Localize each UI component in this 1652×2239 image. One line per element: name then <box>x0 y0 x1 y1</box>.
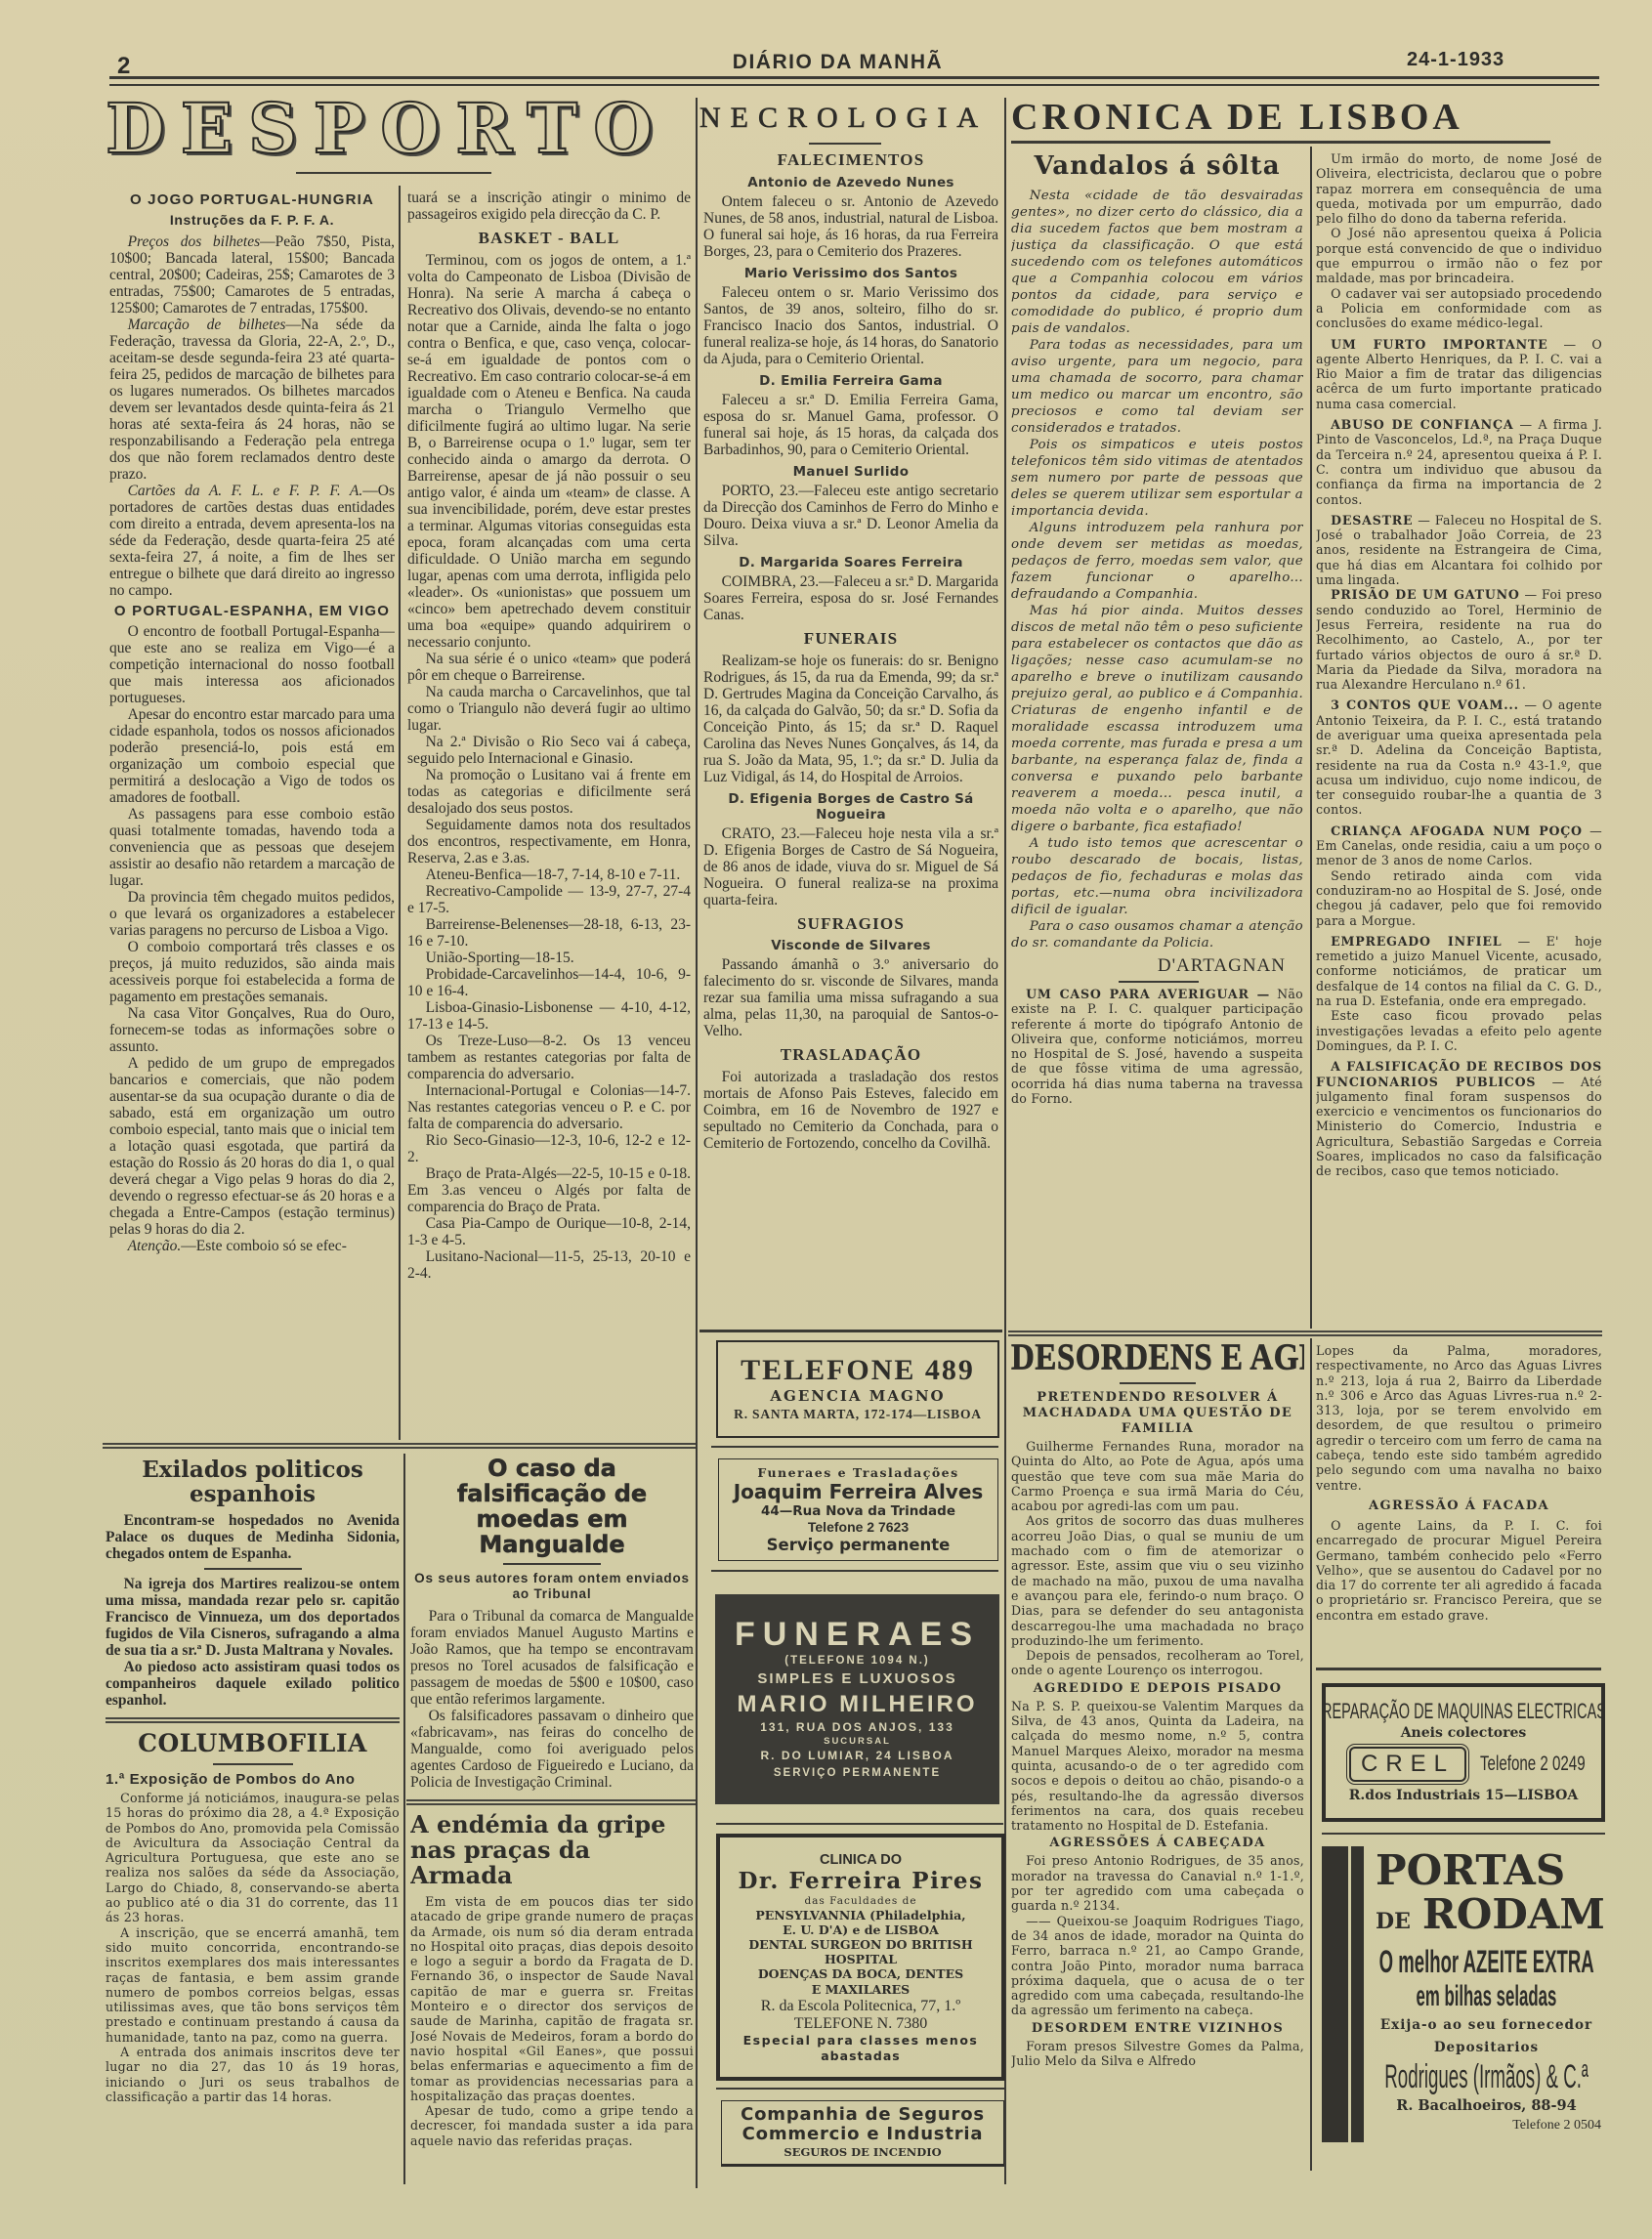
ad-line: 44—Rua Nova da Trindade <box>719 1503 997 1519</box>
article-body: Conforme já noticiámos, inaugura-se pela… <box>106 1791 400 2104</box>
news-brief: 3 CONTOS QUE VOAM... — O agente Antonio … <box>1316 697 1602 817</box>
obituary-text: CRATO, 23.—Faleceu hoje nesta vila a sr.… <box>703 825 998 908</box>
column-divider <box>696 98 698 2188</box>
ad-line: Especial para classes menos <box>720 2033 1001 2049</box>
obituary-name: Mario Verissimo dos Santos <box>703 266 998 281</box>
ad-line: Funeraes e Trasladações <box>719 1465 997 1481</box>
news-brief: UM FURTO IMPORTANTE — O agente Alberto H… <box>1316 337 1602 411</box>
paragraph: Na igreja dos Martires realizou-se ontem… <box>106 1576 400 1659</box>
paragraph: A inscrição, que se encerrá amanhã, tem … <box>106 1925 400 2045</box>
brief-text: Não existe na P. I. C. qualquer particip… <box>1011 987 1303 1106</box>
mangualde-article: O caso da falsificação de moedas em Mang… <box>410 1456 694 1797</box>
ad-divider <box>711 1570 998 1572</box>
article-body: Guilherme Fernandes Runa, morador na Qui… <box>1011 1439 1304 1678</box>
section-title-cronica: CRONICA DE LISBOA <box>1011 99 1463 136</box>
section-subheading: FUNERAIS <box>703 629 998 648</box>
paragraph: Depois de pensados, recolheram ao Torel,… <box>1011 1648 1304 1678</box>
paragraph: Preços dos bilhetes—Peão 7$50, Pista, 10… <box>109 233 395 317</box>
ad-line: (TELEFONE 1094 N.) <box>715 1653 999 1669</box>
brief-lead: DESASTRE <box>1331 513 1413 528</box>
ad-crel-maquinas-electricas: REPARAÇÃO DE MAQUINAS ELECTRICAS Aneis c… <box>1322 1683 1605 1822</box>
paragraph: Pois os simpaticos e uteis postos telefo… <box>1011 437 1303 520</box>
paragraph-text: Da provincia têm chegado muitos pedidos,… <box>109 889 395 939</box>
newspaper-title: DIÁRIO DA MANHÃ <box>713 51 962 74</box>
paragraph: A pedido de um grupo de empregados banca… <box>109 1055 395 1238</box>
section-subheading: TRASLADAÇÃO <box>703 1045 998 1064</box>
section-subheading: SUFRAGIOS <box>703 914 998 933</box>
ad-line: O melhor AZEITE EXTRA <box>1368 1943 1605 1980</box>
ad-line: PORTAS <box>1368 1848 1605 1893</box>
paragraph: Na P. S. P. queixou-se Valentim Marques … <box>1011 1699 1304 1834</box>
necrologia-bottom-rule <box>699 1330 1002 1332</box>
obituary-name: Visconde de Silvares <box>703 938 998 953</box>
brief-lead: EMPREGADO INFIEL <box>1331 934 1502 949</box>
ad-line: Rodrigues (Irmãos) & C.ª <box>1368 2058 1605 2095</box>
paragraph-continuation: Lopes da Palma, moradores, respectivamen… <box>1316 1343 1602 1493</box>
paragraph: Na promoção o Lusitano vai á frente em t… <box>407 767 691 817</box>
ad-line: em bilhas seladas <box>1368 1980 1605 2013</box>
article-headline: AGRESSÕES Á CABEÇADA <box>1011 1836 1304 1851</box>
paragraph: Ao piedoso acto assistiram quasi todos o… <box>106 1659 400 1709</box>
ad-line: DOENÇAS DA BOCA, DENTES <box>720 1967 1001 1981</box>
paragraph: Encontram-se hospedados no Avenida Palac… <box>106 1512 400 1562</box>
paragraph: A entrada dos animais inscritos deve ter… <box>106 2045 400 2104</box>
section-title-necrologia: NECROLOGIA <box>699 104 988 133</box>
obituary-text: Faleceu a sr.ª D. Emilia Ferreira Gama, … <box>703 392 998 458</box>
paragraph: Para todas as necessidades, para um avis… <box>1011 337 1303 437</box>
ad-line: R. da Escola Politecnica, 77, 1.º <box>720 1998 1001 2014</box>
paragraph-continuation: tuará se a inscrição atingir o minimo de… <box>407 190 691 223</box>
short-rule <box>503 1563 601 1565</box>
obituary-text: PORTO, 23.—Faleceu este antigo secretari… <box>703 483 998 549</box>
wavy-divider <box>1008 1331 1602 1336</box>
desordens-column: DESORDENS E AGRESSÕES PRETENDENDO RESOLV… <box>1011 1340 1304 2171</box>
wavy-divider <box>406 1799 696 1805</box>
brief-lead: UM CASO PARA AVERIGUAR — <box>1026 987 1270 1001</box>
ad-line: SIMPLES E LUXUOSOS <box>715 1669 999 1690</box>
article-headline: O caso da falsificação de moedas em Mang… <box>410 1456 694 1557</box>
transfer-text: Foi autorizada a trasladação dos restos … <box>703 1069 998 1152</box>
paragraph: Para o caso ousamos chamar a atenção do … <box>1011 918 1303 951</box>
column-divider <box>1310 1338 1312 2171</box>
result-line: Internacional-Portugal e Colonias—14-7. … <box>407 1082 691 1132</box>
news-brief: Sendo retirado ainda com vida conduziram… <box>1316 868 1602 928</box>
article-subhead: Os seus autores foram ontem enviados ao … <box>410 1571 694 1602</box>
obituary-text: COIMBRA, 23.—Faleceu a sr.ª D. Margarida… <box>703 573 998 623</box>
result-line: Lusitano-Nacional—11-5, 25-13, 20-10 e 2… <box>407 1248 691 1282</box>
desporto-column-1: O JOGO PORTUGAL-HUNGRIA Instruções da F.… <box>109 190 395 1434</box>
paragraph: Alguns introduzem pela ranhura por onde … <box>1011 520 1303 603</box>
article-body: Encontram-se hospedados no Avenida Palac… <box>106 1512 400 1709</box>
paragraph-text: Apesar do encontro estar marcado para um… <box>109 706 395 806</box>
ad-text: DE <box>1376 1900 1411 1943</box>
article-headline: BASKET - BALL <box>407 229 691 247</box>
news-brief: Um irmão do morto, de nome José de Olive… <box>1316 151 1602 226</box>
ad-line: HOSPITAL <box>720 1952 1001 1967</box>
paragraph-text: O comboio comportará três classes e os p… <box>109 939 395 1005</box>
brief-lead: 3 CONTOS QUE VOAM... <box>1331 697 1519 712</box>
ad-line: SERVIÇO PERMANENTE <box>715 1763 999 1783</box>
paragraph: Na cauda marcha o Carcavelinhos, que tal… <box>407 684 691 734</box>
article-body: Foram presos Silvestre Gomes da Palma, J… <box>1011 2039 1304 2069</box>
ad-line: Commercio e Industria <box>722 2125 1003 2144</box>
ad-text: O melhor AZEITE EXTRA <box>1379 1943 1594 1980</box>
paragraph-text: —Os portadores de cartões destas duas en… <box>109 483 395 599</box>
ad-line: DE RODAM <box>1368 1893 1605 1943</box>
paragraph-text: —Na séde da Federação, travessa da Glori… <box>109 317 395 483</box>
news-brief: EMPREGADO INFIEL — E' hoje remetido a ju… <box>1316 934 1602 1008</box>
funerals-text: Realizam-se hoje os funerais: do sr. Ben… <box>703 653 998 785</box>
paragraph: Aos gritos de socorro das duas mulheres … <box>1011 1513 1304 1648</box>
article-headline: O PORTUGAL-ESPANHA, EM VIGO <box>109 603 395 619</box>
ad-line: Companhia de Seguros <box>722 2105 1003 2125</box>
ad-line: Telefone 2 7623 <box>719 1519 997 1535</box>
ad-line: DENTAL SURGEON DO BRITISH <box>720 1938 1001 1952</box>
ad-divider <box>716 1823 1003 1825</box>
ad-line: PENSYLVANNIA (Philadelphia, <box>720 1909 1001 1922</box>
news-brief: Este caso ficou provado pelas investigaç… <box>1316 1008 1602 1053</box>
ad-funeraes-mario-milheiro: FUNERAES (TELEFONE 1094 N.) SIMPLES E LU… <box>715 1594 999 1804</box>
ad-line: R. Bacalhoeiros, 88-94 <box>1368 2095 1605 2117</box>
column-divider <box>403 1454 405 2184</box>
ad-line: SEGUROS DE INCENDIO <box>722 2144 1003 2160</box>
result-line: Lisboa-Ginasio-Lisbonense — 4-10, 4-12, … <box>407 999 691 1033</box>
paragraph: Os falsificadores passavam o dinheiro qu… <box>410 1708 694 1791</box>
article-subhead: Instruções da F. P. F. A. <box>109 212 395 228</box>
newspaper-page: 2 DIÁRIO DA MANHÃ 24-1-1933 DESPORTO NEC… <box>0 0 1652 2239</box>
paragraph: Foi preso Antonio Rodrigues, de 35 anos,… <box>1011 1853 1304 1913</box>
paragraph: Em vista de em poucos dias ter sido atac… <box>410 1894 694 2103</box>
article-headline: AGREDIDO E DEPOIS PISADO <box>1011 1681 1304 1697</box>
brief-text: O cadaver vai ser autopsiado procedendo … <box>1316 286 1602 331</box>
ad-decorative-bar <box>1322 1846 1348 2142</box>
article-body: Nesta «cidade de tão desvairadas gentes»… <box>1011 188 1303 951</box>
ad-portas-de-rodam: PORTAS DE RODAM O melhor AZEITE EXTRA em… <box>1368 1848 1605 2141</box>
paragraph: Cartões da A. F. L. e F. P. F. A.—Os por… <box>109 483 395 599</box>
short-rule <box>204 1568 302 1570</box>
short-rule <box>213 1763 293 1765</box>
column-divider <box>1310 147 1312 1329</box>
result-line: Recreativo-Campolide — 13-9, 27-7, 27-4 … <box>407 883 691 916</box>
ad-line: R.dos Industriais 15—LISBOA <box>1330 1786 1597 1805</box>
brief-text: — Até julgamento final foram suspensos d… <box>1316 1075 1602 1179</box>
obituary-name: D. Margarida Soares Ferreira <box>703 555 998 570</box>
ad-line: FUNERAES <box>715 1616 999 1653</box>
ad-line: Aneis colectores <box>1330 1723 1597 1743</box>
cronica-title-rule <box>1011 141 1550 144</box>
paragraph-text: O encontro de football Portugal-Espanha—… <box>109 623 395 706</box>
article-headline: AGRESSÃO Á FACADA <box>1316 1499 1602 1514</box>
article-headline: Exilados politicos espanhois <box>106 1457 400 1506</box>
column-divider <box>399 186 401 1440</box>
paragraph: Da provincia têm chegado muitos pedidos,… <box>109 889 395 939</box>
gripe-article: A endémia da gripe nas praças da Armada … <box>410 1810 694 2186</box>
ad-line: MARIO MILHEIRO <box>715 1690 999 1719</box>
paragraph: As passagens para esse comboio estão qua… <box>109 806 395 889</box>
ad-line: SUCURSAL <box>715 1735 999 1748</box>
paragraph: A tudo isto temos que acrescentar o roub… <box>1011 835 1303 918</box>
brief-lead: UM FURTO IMPORTANTE <box>1331 337 1547 352</box>
ad-divider <box>1322 1833 1605 1835</box>
paragraph-text: As passagens para esse comboio estão qua… <box>109 806 395 889</box>
ad-line: R. DO LUMIAR, 24 LISBOA <box>715 1748 999 1763</box>
paragraph-text: A pedido de um grupo de empregados banca… <box>109 1055 395 1238</box>
cronica-column-1: Vandalos á sôlta Nesta «cidade de tão de… <box>1011 150 1303 1329</box>
ad-line: R. SANTA MARTA, 172-174—LISBOA <box>718 1406 997 1423</box>
ad-line: AGENCIA MAGNO <box>718 1386 997 1406</box>
brief-lead: PRISÃO DE UM GATUNO <box>1331 587 1520 602</box>
paragraph: Para o Tribunal da comarca de Mangualde … <box>410 1608 694 1708</box>
paragraph-lead: Cartões da A. F. L. e F. P. F. A. <box>128 483 363 499</box>
ad-logo-row: CREL Telefone 2 0249 <box>1330 1747 1597 1782</box>
news-brief: A FALSIFICAÇÃO DE RECIBOS DOS FUNCIONARI… <box>1316 1059 1602 1178</box>
result-line: Barreirense-Belenenses—28-18, 6-13, 23-1… <box>407 916 691 950</box>
news-brief: O cadaver vai ser autopsiado procedendo … <box>1316 286 1602 331</box>
paragraph: Conforme já noticiámos, inaugura-se pela… <box>106 1791 400 1925</box>
article-headline: A endémia da gripe nas praças da Armada <box>410 1812 694 1888</box>
news-brief: PRISÃO DE UM GATUNO — Foi preso sendo co… <box>1316 587 1602 692</box>
paragraph-lead: Preços dos bilhetes <box>128 233 261 250</box>
obituary-name: Manuel Surlido <box>703 464 998 480</box>
brief-text: O José não apresentou queixa á Policia p… <box>1316 226 1602 285</box>
ad-line: E MAXILARES <box>720 1981 1001 1998</box>
paragraph: Na casa Vitor Gonçalves, Rua do Ouro, fo… <box>109 1005 395 1055</box>
article-headline: DESORDEM ENTRE VIZINHOS <box>1011 2021 1304 2037</box>
ad-line: Exija-o ao seu fornecedor <box>1368 2013 1605 2037</box>
ad-joaquim-ferreira-alves: Funeraes e Trasladações Joaquim Ferreira… <box>718 1458 998 1561</box>
ad-line: abastadas <box>720 2049 1001 2064</box>
result-line: Os Treze-Luso—8-2. Os 13 venceu tambem a… <box>407 1033 691 1082</box>
paragraph: Seguidamente damos nota dos resultados d… <box>407 817 691 866</box>
ad-line: TELEFONE 489 <box>718 1355 997 1386</box>
paragraph: UM CASO PARA AVERIGUAR — Não existe na P… <box>1011 987 1303 1106</box>
crel-logo: CREL <box>1349 1747 1466 1782</box>
issue-date: 24-1-1933 <box>1407 49 1504 71</box>
short-rule <box>1120 1382 1196 1384</box>
ad-text: REPARAÇÃO DE MAQUINAS ELECTRICAS <box>1322 1700 1605 1723</box>
brief-text: Um irmão do morto, de nome José de Olive… <box>1316 151 1602 226</box>
obituary-text: Ontem faleceu o sr. Antonio de Azevedo N… <box>703 193 998 260</box>
news-brief: O José não apresentou queixa á Policia p… <box>1316 226 1602 285</box>
brief-text: — Foi preso sendo conduzido ao Torel, He… <box>1316 587 1602 692</box>
section-title-desporto: DESPORTO <box>106 95 668 163</box>
paragraph: Nesta «cidade de tão desvairadas gentes»… <box>1011 188 1303 337</box>
suffrage-text: Passando ámanhã o 3.º aniversario do fal… <box>703 956 998 1039</box>
article-body: Na P. S. P. queixou-se Valentim Marques … <box>1011 1699 1304 1834</box>
article-body: Foi preso Antonio Rodrigues, de 35 anos,… <box>1011 1853 1304 2017</box>
brief-lead: CRIANÇA AFOGADA NUM POÇO <box>1331 824 1583 838</box>
ad-line: das Faculdades de <box>720 1894 1001 1909</box>
article-subhead: 1.ª Exposição de Pombos do Ano <box>106 1771 400 1788</box>
obituary-name: D. Emilia Ferreira Gama <box>703 373 998 389</box>
brief-lead: ABUSO DE CONFIANÇA <box>1331 417 1513 432</box>
desporto-column-2: tuará se a inscrição atingir o minimo de… <box>407 190 691 1434</box>
result-line: Probidade-Carcavelinhos—14-4, 10-6, 9-10… <box>407 966 691 999</box>
ad-line: Dr. Ferreira Pires <box>720 1869 1001 1894</box>
obituary-name: Antonio de Azevedo Nunes <box>703 175 998 190</box>
paragraph: Atenção.—Este comboio só se efec- <box>109 1238 395 1254</box>
cronica-column-2: Um irmão do morto, de nome José de Olive… <box>1316 151 1602 1329</box>
wavy-divider <box>106 1717 400 1723</box>
result-line: União-Sporting—18-15. <box>407 950 691 966</box>
article-body: Para o Tribunal da comarca de Mangualde … <box>410 1608 694 1791</box>
paragraph: Na sua série é o unico «team» que poderá… <box>407 651 691 684</box>
desporto-title-rule <box>296 172 491 174</box>
paragraph: Mas há pior ainda. Muitos desses discos … <box>1011 603 1303 835</box>
paragraph-lead: Atenção. <box>128 1238 182 1254</box>
ad-divider <box>716 2088 1005 2090</box>
section-rule <box>1316 1668 1601 1670</box>
ad-text: RODAM <box>1422 1893 1605 1936</box>
section-headline: DESORDENS E AGRESSÕES <box>1011 1340 1304 1378</box>
desordens-continuation: Lopes da Palma, moradores, respectivamen… <box>1316 1343 1602 1661</box>
ad-decorative-bar <box>1351 1846 1364 2142</box>
wavy-divider <box>103 1443 696 1449</box>
news-brief: ABUSO DE CONFIANÇA — A firma J. Pinto de… <box>1316 417 1602 507</box>
paragraph: O agente Lains, da P. I. C. foi encarreg… <box>1316 1518 1602 1623</box>
ad-telefone-agencia-magno: TELEFONE 489 AGENCIA MAGNO R. SANTA MART… <box>716 1340 999 1438</box>
result-line: Braço de Prata-Algés—22-5, 10-15 e 0-18.… <box>407 1165 691 1215</box>
masthead-rule-bottom <box>109 84 1599 86</box>
obituary-name: D. Efigenia Borges de Castro Sá Nogueira <box>703 791 998 823</box>
masthead-rule-top <box>109 76 1599 79</box>
article-headline: PRETENDENDO RESOLVER Á MACHADADA UMA QUE… <box>1011 1390 1304 1437</box>
result-line: Casa Pia-Campo de Ourique—10-8, 2-14, 1-… <box>407 1215 691 1248</box>
paragraph-lead: Marcação de bilhetes <box>128 317 286 333</box>
brief-text: Sendo retirado ainda com vida conduziram… <box>1316 868 1602 928</box>
ad-line: CLINICA DO <box>720 1851 1001 1869</box>
section-headline: COLUMBOFILIA <box>106 1730 400 1757</box>
ad-companhia-seguros: Companhia de Seguros Commercio e Industr… <box>721 2100 1004 2167</box>
paragraph: —— Queixou-se Joaquim Rodrigues Tiago, d… <box>1011 1914 1304 2018</box>
ad-line: Serviço permanente <box>719 1535 997 1555</box>
result-line: Rio Seco-Ginasio—12-3, 10-6, 12-2 e 12-2… <box>407 1132 691 1165</box>
paragraph: Guilherme Fernandes Runa, morador na Qui… <box>1011 1439 1304 1513</box>
paragraph: Apesar de tudo, como a gripe tendo a dec… <box>410 2103 694 2148</box>
paragraph: Apesar do encontro estar marcado para um… <box>109 706 395 806</box>
paragraph-text: Na casa Vitor Gonçalves, Rua do Ouro, fo… <box>109 1005 395 1055</box>
necrologia-column: FALECIMENTOS Antonio de Azevedo Nunes On… <box>703 150 998 1327</box>
paragraph: Na 2.ª Divisão o Rio Seco vai á cabeça, … <box>407 734 691 767</box>
news-brief: DESASTRE — Faleceu no Hospital de S. Jos… <box>1316 513 1602 587</box>
ad-line: 131, RUA DOS ANJOS, 133 <box>715 1719 999 1735</box>
paragraph: O comboio comportará três classes e os p… <box>109 939 395 1005</box>
ad-line: REPARAÇÃO DE MAQUINAS ELECTRICAS <box>1330 1700 1597 1723</box>
ad-line: Joaquim Ferreira Alves <box>719 1481 997 1503</box>
paragraph-text: —Este comboio só se efec- <box>181 1238 347 1254</box>
exilados-columbofilia-column: Exilados politicos espanhois Encontram-s… <box>106 1456 400 2188</box>
necrologia-title-rule <box>809 143 881 145</box>
ad-phone: Telefone 2 0249 <box>1480 1753 1550 1776</box>
paragraph: O encontro de football Portugal-Espanha—… <box>109 623 395 706</box>
article-body: Em vista de em poucos dias ter sido atac… <box>410 1894 694 2148</box>
section-subheading: FALECIMENTOS <box>703 150 998 169</box>
article-headline: Vandalos á sôlta <box>1011 150 1303 182</box>
news-brief: CRIANÇA AFOGADA NUM POÇO — Em Canelas, o… <box>1316 824 1602 868</box>
brief-text: Este caso ficou provado pelas investigaç… <box>1316 1008 1602 1053</box>
ad-line: TELEFONE N. 7380 <box>720 2014 1001 2033</box>
obituary-text: Faleceu ontem o sr. Mario Verissimo dos … <box>703 284 998 367</box>
paragraph: Foram presos Silvestre Gomes da Palma, J… <box>1011 2039 1304 2069</box>
ad-divider <box>711 1446 998 1448</box>
ad-line: Telefone 2 0504 <box>1368 2117 1605 2134</box>
ad-line: E. U. D'A) e de LISBOA <box>720 1922 1001 1938</box>
ad-text: em bilhas seladas <box>1417 1980 1557 2013</box>
ad-text: Rodrigues (Irmãos) & C.ª <box>1384 2058 1588 2095</box>
ad-clinica-ferreira-pires: CLINICA DO Dr. Ferreira Pires das Faculd… <box>716 1834 1005 2081</box>
article-headline: O JOGO PORTUGAL-HUNGRIA <box>109 191 395 208</box>
author-signature: D'ARTAGNAN <box>1011 955 1303 977</box>
paragraph: Marcação de bilhetes—Na séde da Federaçã… <box>109 317 395 483</box>
paragraph: Terminou, com os jogos de ontem, a 1.ª v… <box>407 252 691 651</box>
brief-text: — O agente Antonio Teixeira, da P. I. C.… <box>1316 697 1602 817</box>
news-brief: UM CASO PARA AVERIGUAR — Não existe na P… <box>1011 987 1303 1106</box>
ad-line: Depositarios <box>1368 2037 1605 2058</box>
short-rule <box>1119 981 1199 983</box>
result-line: Ateneu-Benfica—18-7, 7-14, 8-10 e 7-11. <box>407 866 691 883</box>
